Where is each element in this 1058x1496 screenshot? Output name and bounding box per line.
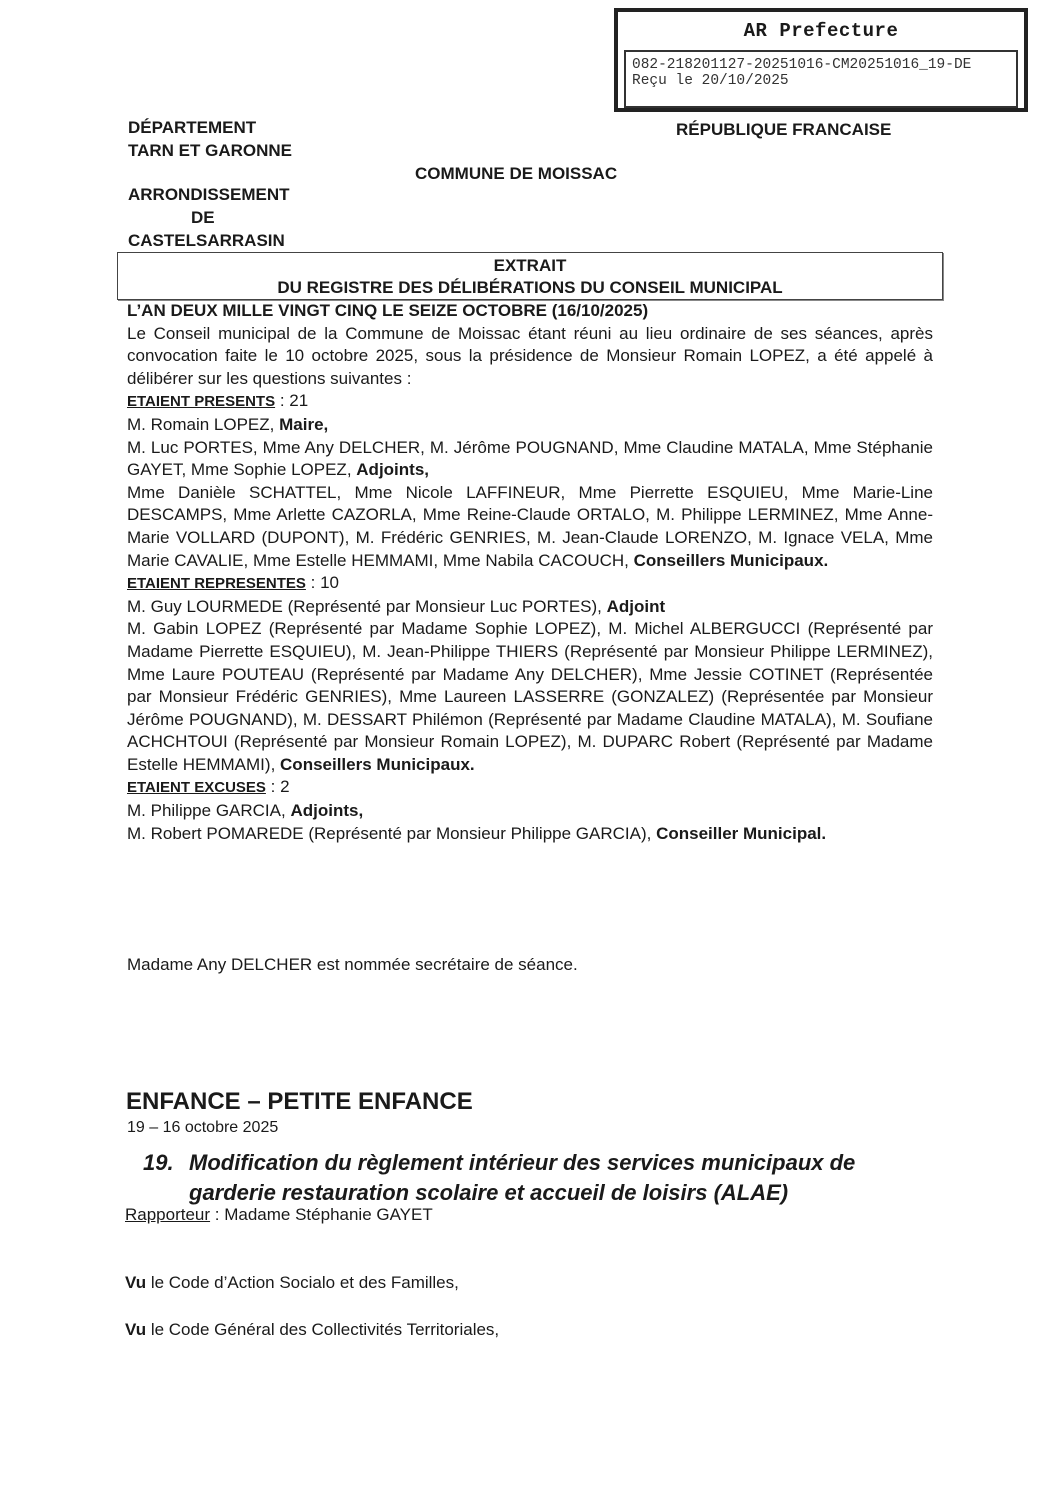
item-title-line-1: Modification du règlement intérieur des … bbox=[189, 1150, 855, 1175]
visa-text: le Code d’Action Socialo et des Familles… bbox=[146, 1273, 459, 1292]
representes-label: ETAIENT REPRESENTES bbox=[127, 575, 306, 592]
presents-adjoints: M. Luc PORTES, Mme Any DELCHER, M. Jérôm… bbox=[127, 437, 933, 482]
conseillers-role: Conseillers Municipaux. bbox=[634, 551, 829, 570]
rapporteur-line: Rapporteur : Madame Stéphanie GAYET bbox=[125, 1205, 433, 1225]
item-title-line-2: garderie restauration scolaire et accuei… bbox=[143, 1178, 943, 1208]
excused-role-2: Conseiller Municipal. bbox=[656, 824, 826, 843]
section-date: 19 – 16 octobre 2025 bbox=[127, 1119, 278, 1137]
excused-role-1: Adjoints, bbox=[290, 801, 363, 820]
stamp-details: 082-218201127-20251016-CM20251016_19-DE … bbox=[624, 50, 1018, 108]
arrondissement-de: DE bbox=[128, 206, 290, 229]
republic-label: RÉPUBLIQUE FRANCAISE bbox=[676, 118, 891, 141]
visa-lead: Vu bbox=[125, 1320, 146, 1339]
visa-text: le Code Général des Collectivités Territ… bbox=[146, 1320, 499, 1339]
department-block: DÉPARTEMENT TARN ET GARONNE bbox=[128, 116, 292, 162]
excuses-line-2: M. Robert POMAREDE (Représenté par Monsi… bbox=[127, 823, 933, 846]
arrondissement-name: CASTELSARRASIN bbox=[128, 229, 290, 252]
excuses-line-1: M. Philippe GARCIA, Adjoints, bbox=[127, 800, 933, 823]
adjoints-names: M. Luc PORTES, Mme Any DELCHER, M. Jérôm… bbox=[127, 438, 933, 480]
arrondissement-label: ARRONDISSEMENT bbox=[128, 183, 290, 206]
represented-conseillers-role: Conseillers Municipaux. bbox=[280, 755, 475, 774]
representes-count: : 10 bbox=[311, 573, 339, 592]
adjoints-role: Adjoints, bbox=[356, 460, 429, 479]
presents-count: : 21 bbox=[280, 391, 308, 410]
excuses-heading: ETAIENT EXCUSES : 2 bbox=[127, 776, 933, 800]
rapporteur-label: Rapporteur bbox=[125, 1205, 210, 1224]
stamp-received-date: Reçu le 20/10/2025 bbox=[632, 73, 1010, 89]
item-number: 19. bbox=[143, 1148, 189, 1178]
presents-conseillers: Mme Danièle SCHATTEL, Mme Nicole LAFFINE… bbox=[127, 482, 933, 572]
presents-maire: M. Romain LOPEZ, Maire, bbox=[127, 414, 933, 437]
excuses-label: ETAIENT EXCUSES bbox=[127, 779, 266, 796]
deliberation-preamble: L’AN DEUX MILLE VINGT CINQ LE SEIZE OCTO… bbox=[127, 300, 933, 845]
maire-role: Maire, bbox=[279, 415, 328, 434]
representes-conseillers: M. Gabin LOPEZ (Représenté par Madame So… bbox=[127, 618, 933, 776]
representes-adjoint: M. Guy LOURMEDE (Représenté par Monsieur… bbox=[127, 596, 933, 619]
visa-2: Vu le Code Général des Collectivités Ter… bbox=[125, 1320, 499, 1340]
visa-lead: Vu bbox=[125, 1273, 146, 1292]
excused-name-1: M. Philippe GARCIA, bbox=[127, 801, 290, 820]
extrait-title: EXTRAIT bbox=[118, 255, 942, 277]
excuses-count: : 2 bbox=[271, 777, 290, 796]
department-label: DÉPARTEMENT bbox=[128, 116, 292, 139]
department-name: TARN ET GARONNE bbox=[128, 139, 292, 162]
representes-heading: ETAIENT REPRESENTES : 10 bbox=[127, 572, 933, 596]
section-title: ENFANCE – PETITE ENFANCE bbox=[126, 1088, 473, 1116]
stamp-title: AR Prefecture bbox=[618, 20, 1024, 42]
secretary-line: Madame Any DELCHER est nommée secrétaire… bbox=[127, 954, 933, 977]
presents-heading: ETAIENT PRESENTS : 21 bbox=[127, 390, 933, 414]
extrait-box: EXTRAIT DU REGISTRE DES DÉLIBÉRATIONS DU… bbox=[117, 252, 943, 300]
session-date-line: L’AN DEUX MILLE VINGT CINQ LE SEIZE OCTO… bbox=[127, 300, 933, 323]
visa-1: Vu le Code d’Action Socialo et des Famil… bbox=[125, 1273, 459, 1293]
extrait-subtitle: DU REGISTRE DES DÉLIBÉRATIONS DU CONSEIL… bbox=[118, 277, 942, 299]
represented-adjoint-role: Adjoint bbox=[607, 597, 666, 616]
stamp-reference: 082-218201127-20251016-CM20251016_19-DE bbox=[632, 57, 1010, 73]
commune-label: COMMUNE DE MOISSAC bbox=[415, 162, 617, 185]
maire-name: M. Romain LOPEZ, bbox=[127, 415, 279, 434]
presents-label: ETAIENT PRESENTS bbox=[127, 393, 275, 410]
excused-name-2: M. Robert POMAREDE (Représenté par Monsi… bbox=[127, 824, 656, 843]
prefecture-stamp: AR Prefecture 082-218201127-20251016-CM2… bbox=[614, 8, 1028, 112]
arrondissement-block: ARRONDISSEMENT DE CASTELSARRASIN bbox=[128, 183, 290, 252]
represented-adjoint-name: M. Guy LOURMEDE (Représenté par Monsieur… bbox=[127, 597, 607, 616]
item-title: 19.Modification du règlement intérieur d… bbox=[143, 1148, 943, 1208]
rapporteur-name: : Madame Stéphanie GAYET bbox=[210, 1205, 433, 1224]
represented-conseillers-names: M. Gabin LOPEZ (Représenté par Madame So… bbox=[127, 619, 933, 774]
session-intro: Le Conseil municipal de la Commune de Mo… bbox=[127, 323, 933, 391]
